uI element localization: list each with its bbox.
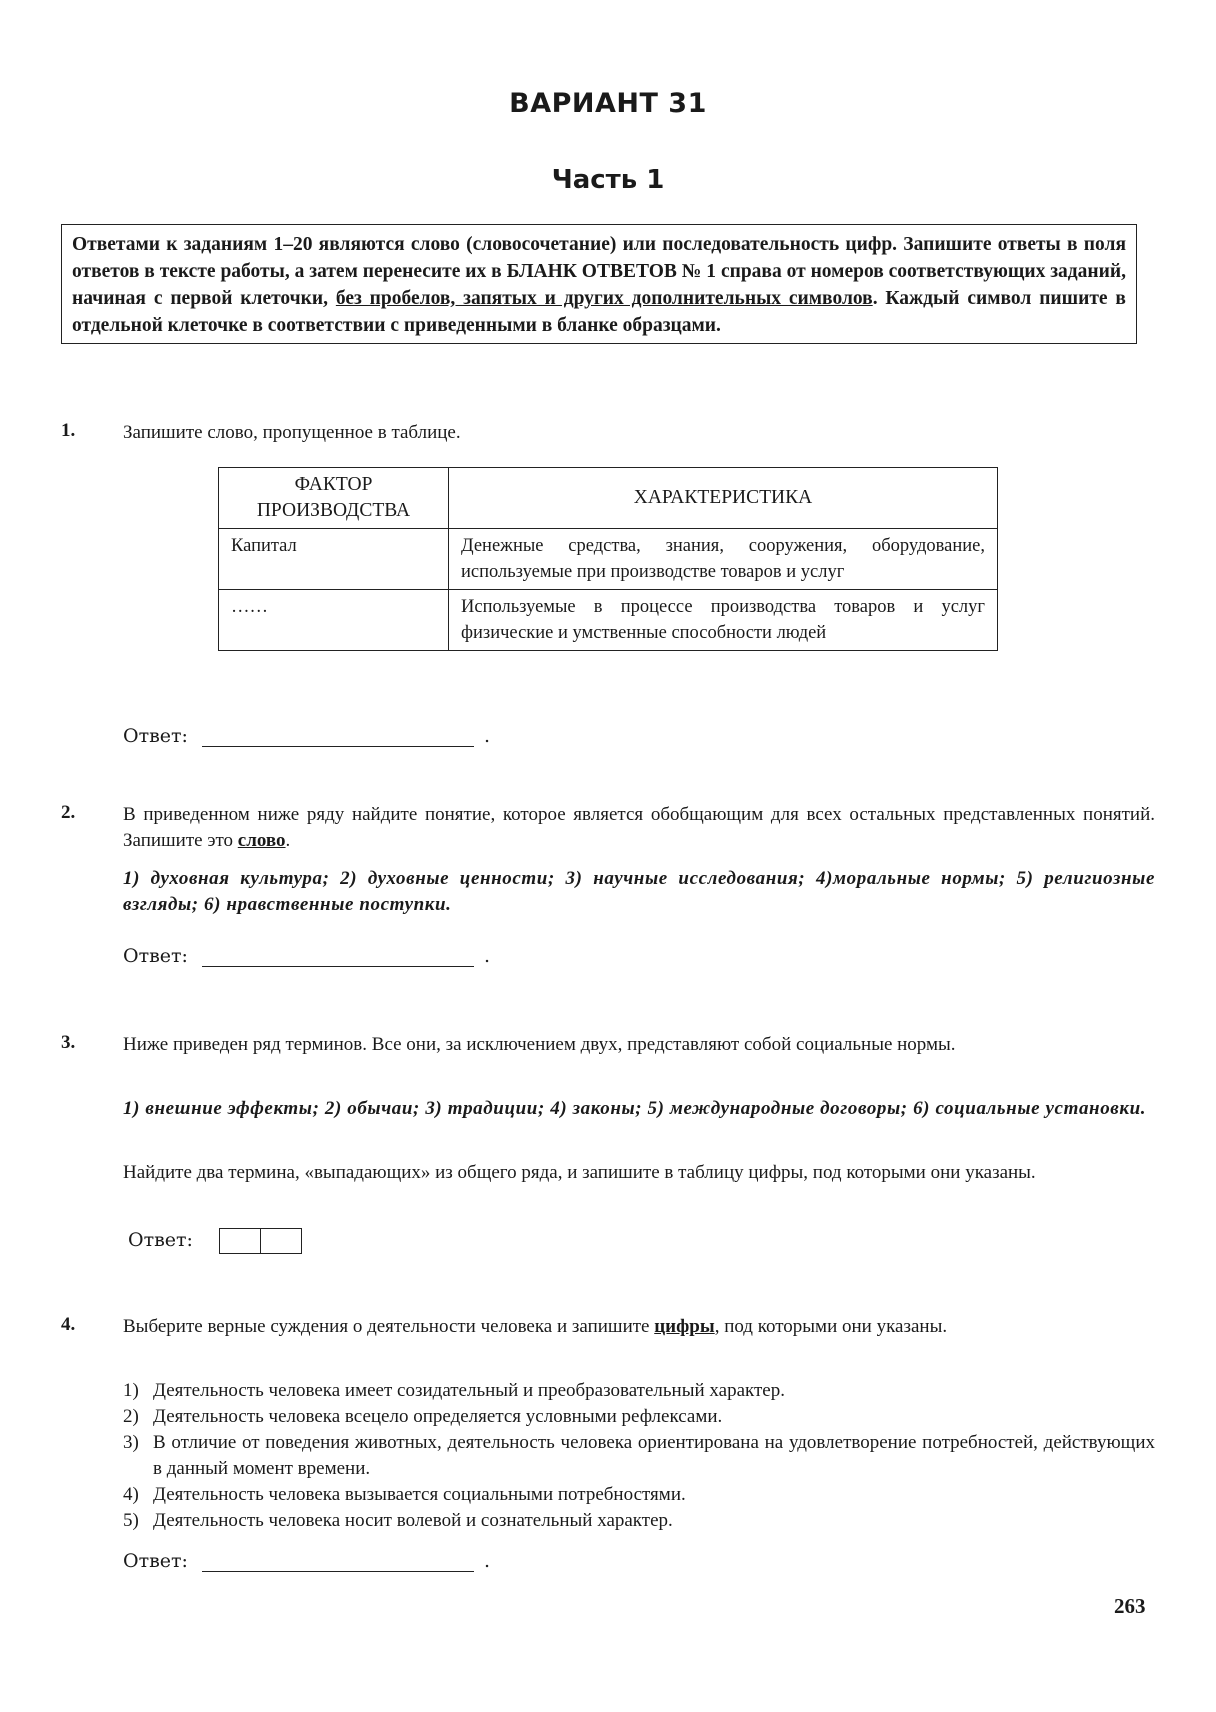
- task-number: 3.: [61, 1032, 75, 1054]
- prompt-emphasis: слово: [238, 830, 286, 851]
- instructions-underlined: без пробелов, запятых и других дополните…: [336, 288, 873, 309]
- task-prompt: Ниже приведен ряд терминов. Все они, за …: [123, 1032, 1155, 1058]
- page-number: 263: [1114, 1594, 1146, 1619]
- statement-number: 4): [123, 1482, 139, 1508]
- answer-cells: [221, 1228, 302, 1254]
- statement-text: Деятельность человека вызывается социаль…: [153, 1484, 686, 1505]
- statement-text: Деятельность человека всецело определяет…: [153, 1406, 722, 1427]
- table-cell: Денежные средства, знания, сооружения, о…: [449, 529, 998, 590]
- task-4-answer: Ответ:.: [123, 1550, 490, 1572]
- task-prompt: В приведенном ниже ряду найдите понятие,…: [123, 802, 1155, 854]
- answer-label: Ответ:: [123, 1550, 188, 1572]
- instructions-box: Ответами к заданиям 1–20 являются слово …: [61, 224, 1137, 344]
- statement-text: Деятельность человека носит волевой и со…: [153, 1510, 673, 1531]
- statement-number: 1): [123, 1378, 139, 1404]
- statement-item: 5)Деятельность человека носит волевой и …: [123, 1508, 1155, 1534]
- prompt-text: Выберите верные суждения о деятельности …: [123, 1316, 654, 1337]
- task-number: 4.: [61, 1314, 75, 1336]
- statement-item: 2)Деятельность человека всецело определя…: [123, 1404, 1155, 1430]
- statement-number: 2): [123, 1404, 139, 1430]
- task-number: 2.: [61, 802, 75, 824]
- answer-end: .: [484, 725, 490, 747]
- task-number: 1.: [61, 420, 75, 442]
- answer-end: .: [484, 1550, 490, 1572]
- answer-field[interactable]: [202, 1553, 474, 1572]
- table-cell: Капитал: [219, 529, 449, 590]
- statement-text: Деятельность человека имеет созидательны…: [153, 1380, 785, 1401]
- exam-page: ВАРИАНТ 31 Часть 1 Ответами к заданиям 1…: [0, 0, 1216, 1712]
- table-header-cell: ФАКТОР ПРОИЗВОДСТВА: [219, 468, 449, 529]
- task-1-answer: Ответ:.: [123, 725, 490, 747]
- answer-field[interactable]: [202, 948, 474, 967]
- statement-item: 1)Деятельность человека имеет созидатель…: [123, 1378, 1155, 1404]
- answer-cell-2[interactable]: [260, 1228, 302, 1254]
- task-2-answer: Ответ:.: [123, 945, 490, 967]
- prompt-text-end: , под которыми они указаны.: [715, 1316, 947, 1337]
- task-options: 1) духовная культура; 2) духовные ценнос…: [123, 866, 1155, 918]
- statement-item: 3)В отличие от поведения животных, деяте…: [123, 1430, 1155, 1482]
- answer-field[interactable]: [202, 728, 474, 747]
- prompt-emphasis: цифры: [654, 1316, 714, 1337]
- table-header-cell: ХАРАКТЕРИСТИКА: [449, 468, 998, 529]
- table-cell-missing: ……: [219, 590, 449, 651]
- statement-text: В отличие от поведения животных, деятель…: [153, 1432, 1155, 1479]
- table-header-row: ФАКТОР ПРОИЗВОДСТВА ХАРАКТЕРИСТИКА: [219, 468, 998, 529]
- task-prompt: Запишите слово, пропущенное в таблице.: [123, 420, 1155, 446]
- answer-label: Ответ:: [128, 1229, 193, 1251]
- table-row: …… Используемые в процессе производства …: [219, 590, 998, 651]
- statements-list: 1)Деятельность человека имеет созидатель…: [123, 1378, 1155, 1534]
- part-title: Часть 1: [0, 165, 1216, 195]
- statement-number: 5): [123, 1508, 139, 1534]
- answer-cell-1[interactable]: [219, 1228, 261, 1254]
- prompt-text-end: .: [286, 830, 291, 851]
- task-prompt: Выберите верные суждения о деятельности …: [123, 1314, 1155, 1340]
- task-instruction: Найдите два термина, «выпадающих» из общ…: [123, 1160, 1155, 1186]
- answer-label: Ответ:: [123, 725, 188, 747]
- table-row: Капитал Денежные средства, знания, соору…: [219, 529, 998, 590]
- statement-number: 3): [123, 1430, 139, 1456]
- factors-table: ФАКТОР ПРОИЗВОДСТВА ХАРАКТЕРИСТИКА Капит…: [218, 467, 998, 651]
- answer-end: .: [484, 945, 490, 967]
- task-3-answer: Ответ:: [128, 1228, 302, 1254]
- task-options: 1) внешние эффекты; 2) обычаи; 3) традиц…: [123, 1096, 1155, 1122]
- statement-item: 4)Деятельность человека вызывается социа…: [123, 1482, 1155, 1508]
- answer-label: Ответ:: [123, 945, 188, 967]
- variant-title: ВАРИАНТ 31: [0, 88, 1216, 119]
- table-cell: Используемые в процессе производства тов…: [449, 590, 998, 651]
